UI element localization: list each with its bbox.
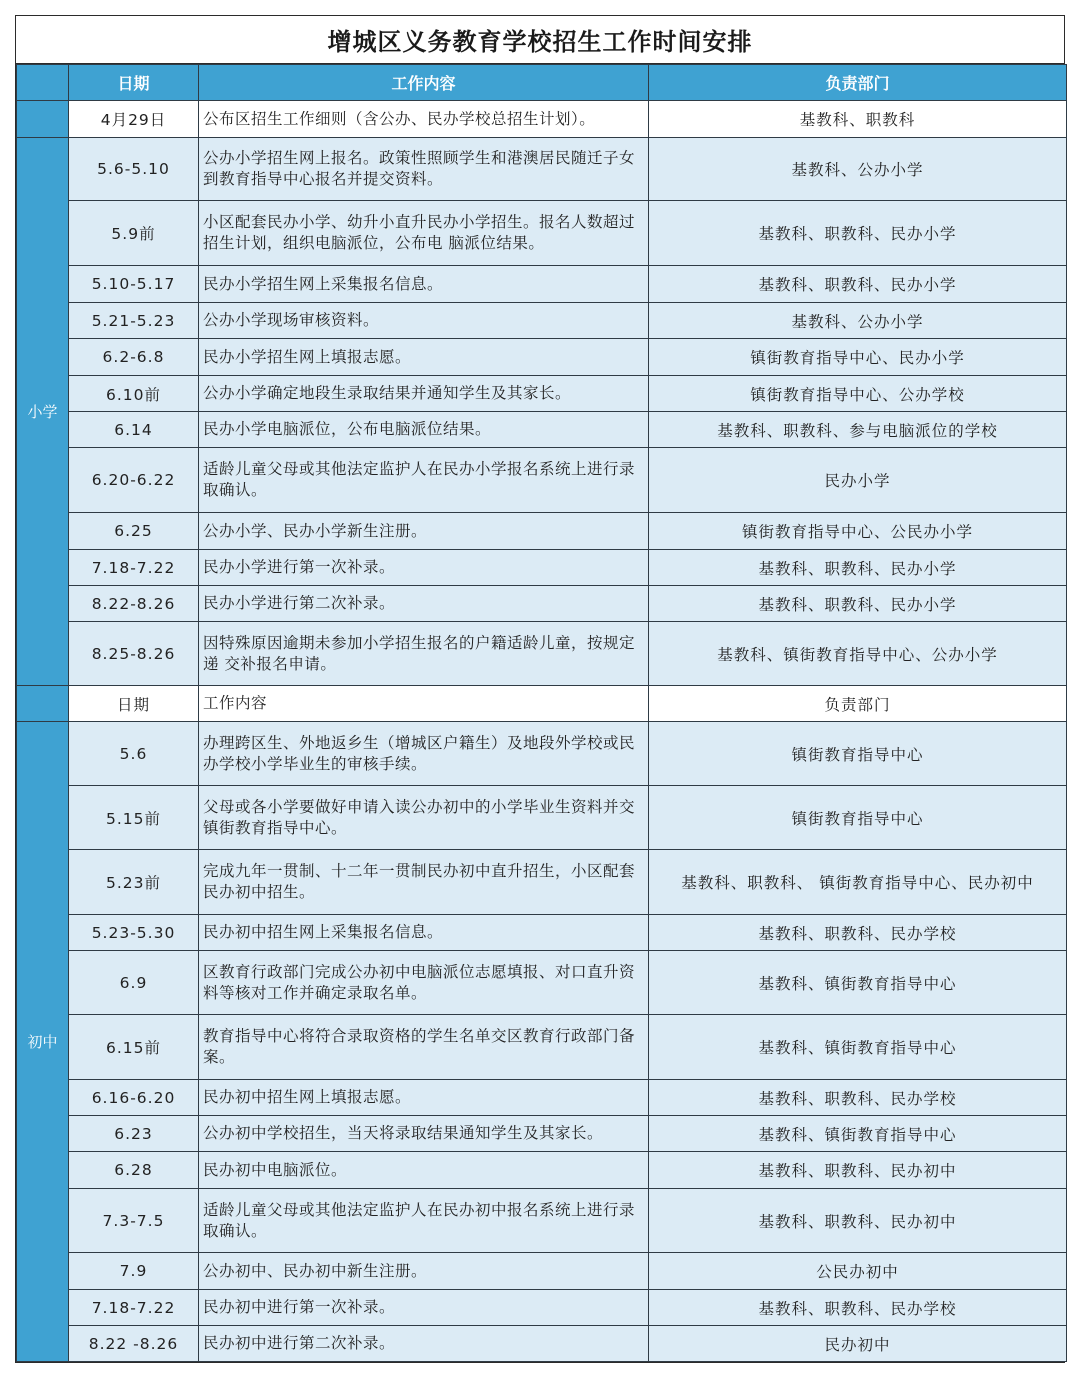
content-cell: 公布区招生工作细则（含公办、民办学校总招生计划）。 xyxy=(199,101,649,138)
date-cell: 5.15前 xyxy=(69,786,199,850)
table-row: 7.18-7.22 民办初中进行第一次补录。 基教科、职教科、民办学校 xyxy=(17,1290,1067,1326)
date-cell: 6.20-6.22 xyxy=(69,448,199,513)
dept-cell: 基教科、职教科、 镇街教育指导中心、民办初中 xyxy=(649,850,1067,915)
table-row: 8.25-8.26 因特殊原因逾期未参加小学招生报名的户籍适龄儿童，按规定递 交… xyxy=(17,622,1067,686)
content-cell: 公办小学招生网上报名。政策性照顾学生和港澳居民随迁子女到教育指导中心报名并提交资… xyxy=(199,138,649,201)
dept-cell: 基教科、职教科、民办学校 xyxy=(649,915,1067,951)
date-cell: 6.16-6.20 xyxy=(69,1080,199,1116)
content-cell: 民办初中进行第一次补录。 xyxy=(199,1290,649,1326)
date-cell: 5.6-5.10 xyxy=(69,138,199,201)
content-cell: 完成九年一贯制、十二年一贯制民办初中直升招生，小区配套民办初中招生。 xyxy=(199,850,649,915)
table-row: 6.15前 教育指导中心将符合录取资格的学生名单交区教育行政部门备案。 基教科、… xyxy=(17,1015,1067,1080)
content-cell: 公办小学现场审核资料。 xyxy=(199,303,649,339)
dept-cell: 基教科、职教科、民办学校 xyxy=(649,1080,1067,1116)
date-cell: 6.2-6.8 xyxy=(69,339,199,376)
table-row: 6.16-6.20 民办初中招生网上填报志愿。 基教科、职教科、民办学校 xyxy=(17,1080,1067,1116)
content-cell: 父母或各小学要做好申请入读公办初中的小学毕业生资料并交镇街教育指导中心。 xyxy=(199,786,649,850)
dept-cell: 民办初中 xyxy=(649,1326,1067,1362)
dept-cell: 基教科、公办小学 xyxy=(649,138,1067,201)
sub-header-dept: 负责部门 xyxy=(649,686,1067,722)
group-label-primary: 小学 xyxy=(17,138,69,686)
content-cell: 区教育行政部门完成公办初中电脑派位志愿填报、对口直升资料等核对工作并确定录取名单… xyxy=(199,951,649,1015)
header-row: 日期 工作内容 负责部门 xyxy=(17,65,1067,101)
date-cell: 5.9前 xyxy=(69,201,199,266)
date-cell: 7.3-7.5 xyxy=(69,1189,199,1253)
dept-cell: 镇街教育指导中心 xyxy=(649,786,1067,850)
group-blank-cell xyxy=(17,101,69,138)
date-cell: 6.9 xyxy=(69,951,199,1015)
content-cell: 民办小学电脑派位，公布电脑派位结果。 xyxy=(199,412,649,448)
table-row: 6.28 民办初中电脑派位。 基教科、职教科、民办初中 xyxy=(17,1152,1067,1189)
group-label-junior: 初中 xyxy=(17,722,69,1362)
table-row: 6.2-6.8 民办小学招生网上填报志愿。 镇街教育指导中心、民办小学 xyxy=(17,339,1067,376)
group-blank-cell xyxy=(17,686,69,722)
date-cell: 5.23-5.30 xyxy=(69,915,199,951)
content-cell: 民办初中招生网上采集报名信息。 xyxy=(199,915,649,951)
dept-cell: 基教科、职教科、民办初中 xyxy=(649,1189,1067,1253)
content-cell: 公办初中学校招生，当天将录取结果通知学生及其家长。 xyxy=(199,1116,649,1152)
table-row: 6.25 公办小学、民办小学新生注册。 镇街教育指导中心、公民办小学 xyxy=(17,513,1067,550)
intro-row: 4月29日 公布区招生工作细则（含公办、民办学校总招生计划）。 基教科、职教科 xyxy=(17,101,1067,138)
date-cell: 7.18-7.22 xyxy=(69,1290,199,1326)
table-row: 初中 5.6 办理跨区生、外地返乡生（增城区户籍生）及地段外学校或民办学校小学毕… xyxy=(17,722,1067,786)
table-row: 5.9前 小区配套民办小学、幼升小直升民办小学招生。报名人数超过招生计划，组织电… xyxy=(17,201,1067,266)
content-cell: 教育指导中心将符合录取资格的学生名单交区教育行政部门备案。 xyxy=(199,1015,649,1080)
content-cell: 民办初中电脑派位。 xyxy=(199,1152,649,1189)
dept-cell: 基教科、公办小学 xyxy=(649,303,1067,339)
dept-cell: 基教科、职教科、民办小学 xyxy=(649,550,1067,586)
dept-cell: 公民办初中 xyxy=(649,1253,1067,1290)
table-row: 6.14 民办小学电脑派位，公布电脑派位结果。 基教科、职教科、参与电脑派位的学… xyxy=(17,412,1067,448)
table-row: 5.23前 完成九年一贯制、十二年一贯制民办初中直升招生，小区配套民办初中招生。… xyxy=(17,850,1067,915)
header-blank-cell xyxy=(17,65,69,101)
content-cell: 民办小学进行第二次补录。 xyxy=(199,586,649,622)
date-cell: 6.15前 xyxy=(69,1015,199,1080)
dept-cell: 基教科、职教科、民办初中 xyxy=(649,1152,1067,1189)
sub-header-date: 日期 xyxy=(69,686,199,722)
date-cell: 4月29日 xyxy=(69,101,199,138)
content-cell: 民办小学招生网上采集报名信息。 xyxy=(199,266,649,303)
content-cell: 办理跨区生、外地返乡生（增城区户籍生）及地段外学校或民办学校小学毕业生的审核手续… xyxy=(199,722,649,786)
content-cell: 小区配套民办小学、幼升小直升民办小学招生。报名人数超过招生计划，组织电脑派位，公… xyxy=(199,201,649,266)
dept-cell: 基教科、镇街教育指导中心 xyxy=(649,1015,1067,1080)
content-cell: 民办小学招生网上填报志愿。 xyxy=(199,339,649,376)
sub-header-content: 工作内容 xyxy=(199,686,649,722)
date-cell: 6.14 xyxy=(69,412,199,448)
dept-cell: 基教科、职教科、民办小学 xyxy=(649,201,1067,266)
table-row: 5.15前 父母或各小学要做好申请入读公办初中的小学毕业生资料并交镇街教育指导中… xyxy=(17,786,1067,850)
header-date: 日期 xyxy=(69,65,199,101)
dept-cell: 基教科、镇街教育指导中心 xyxy=(649,951,1067,1015)
content-cell: 公办小学确定地段生录取结果并通知学生及其家长。 xyxy=(199,376,649,412)
table-row: 7.3-7.5 适龄儿童父母或其他法定监护人在民办初中报名系统上进行录取确认。 … xyxy=(17,1189,1067,1253)
table-row: 7.9 公办初中、民办初中新生注册。 公民办初中 xyxy=(17,1253,1067,1290)
date-cell: 6.23 xyxy=(69,1116,199,1152)
dept-cell: 基教科、职教科、民办小学 xyxy=(649,586,1067,622)
dept-cell: 基教科、职教科、民办小学 xyxy=(649,266,1067,303)
content-cell: 适龄儿童父母或其他法定监护人在民办初中报名系统上进行录取确认。 xyxy=(199,1189,649,1253)
dept-cell: 镇街教育指导中心 xyxy=(649,722,1067,786)
date-cell: 6.10前 xyxy=(69,376,199,412)
content-cell: 公办初中、民办初中新生注册。 xyxy=(199,1253,649,1290)
date-cell: 6.25 xyxy=(69,513,199,550)
table-row: 小学 5.6-5.10 公办小学招生网上报名。政策性照顾学生和港澳居民随迁子女到… xyxy=(17,138,1067,201)
date-cell: 5.23前 xyxy=(69,850,199,915)
date-cell: 8.25-8.26 xyxy=(69,622,199,686)
dept-cell: 镇街教育指导中心、公办学校 xyxy=(649,376,1067,412)
dept-cell: 民办小学 xyxy=(649,448,1067,513)
table-row: 8.22-8.26 民办小学进行第二次补录。 基教科、职教科、民办小学 xyxy=(17,586,1067,622)
content-cell: 民办初中进行第二次补录。 xyxy=(199,1326,649,1362)
date-cell: 5.21-5.23 xyxy=(69,303,199,339)
dept-cell: 镇街教育指导中心、公民办小学 xyxy=(649,513,1067,550)
table-row: 6.10前 公办小学确定地段生录取结果并通知学生及其家长。 镇街教育指导中心、公… xyxy=(17,376,1067,412)
table-row: 5.21-5.23 公办小学现场审核资料。 基教科、公办小学 xyxy=(17,303,1067,339)
date-cell: 5.10-5.17 xyxy=(69,266,199,303)
content-cell: 民办小学进行第一次补录。 xyxy=(199,550,649,586)
date-cell: 8.22 -8.26 xyxy=(69,1326,199,1362)
schedule-grid: 日期 工作内容 负责部门 4月29日 公布区招生工作细则（含公办、民办学校总招生… xyxy=(16,64,1067,1362)
content-cell: 公办小学、民办小学新生注册。 xyxy=(199,513,649,550)
table-row: 6.9 区教育行政部门完成公办初中电脑派位志愿填报、对口直升资料等核对工作并确定… xyxy=(17,951,1067,1015)
page-title: 增城区义务教育学校招生工作时间安排 xyxy=(16,16,1064,64)
content-cell: 适龄儿童父母或其他法定监护人在民办小学报名系统上进行录取确认。 xyxy=(199,448,649,513)
dept-cell: 基教科、镇街教育指导中心 xyxy=(649,1116,1067,1152)
header-content: 工作内容 xyxy=(199,65,649,101)
table-row: 5.23-5.30 民办初中招生网上采集报名信息。 基教科、职教科、民办学校 xyxy=(17,915,1067,951)
schedule-table: 增城区义务教育学校招生工作时间安排 日期 工作内容 负责部门 4月29日 公布区… xyxy=(15,15,1065,1363)
sub-header-row: 日期 工作内容 负责部门 xyxy=(17,686,1067,722)
dept-cell: 镇街教育指导中心、民办小学 xyxy=(649,339,1067,376)
table-row: 6.23 公办初中学校招生，当天将录取结果通知学生及其家长。 基教科、镇街教育指… xyxy=(17,1116,1067,1152)
dept-cell: 基教科、职教科 xyxy=(649,101,1067,138)
date-cell: 5.6 xyxy=(69,722,199,786)
table-row: 8.22 -8.26 民办初中进行第二次补录。 民办初中 xyxy=(17,1326,1067,1362)
dept-cell: 基教科、镇街教育指导中心、公办小学 xyxy=(649,622,1067,686)
date-cell: 8.22-8.26 xyxy=(69,586,199,622)
table-row: 5.10-5.17 民办小学招生网上采集报名信息。 基教科、职教科、民办小学 xyxy=(17,266,1067,303)
header-dept: 负责部门 xyxy=(649,65,1067,101)
table-row: 7.18-7.22 民办小学进行第一次补录。 基教科、职教科、民办小学 xyxy=(17,550,1067,586)
date-cell: 7.18-7.22 xyxy=(69,550,199,586)
dept-cell: 基教科、职教科、民办学校 xyxy=(649,1290,1067,1326)
content-cell: 民办初中招生网上填报志愿。 xyxy=(199,1080,649,1116)
date-cell: 7.9 xyxy=(69,1253,199,1290)
content-cell: 因特殊原因逾期未参加小学招生报名的户籍适龄儿童，按规定递 交补报名申请。 xyxy=(199,622,649,686)
table-row: 6.20-6.22 适龄儿童父母或其他法定监护人在民办小学报名系统上进行录取确认… xyxy=(17,448,1067,513)
date-cell: 6.28 xyxy=(69,1152,199,1189)
dept-cell: 基教科、职教科、参与电脑派位的学校 xyxy=(649,412,1067,448)
